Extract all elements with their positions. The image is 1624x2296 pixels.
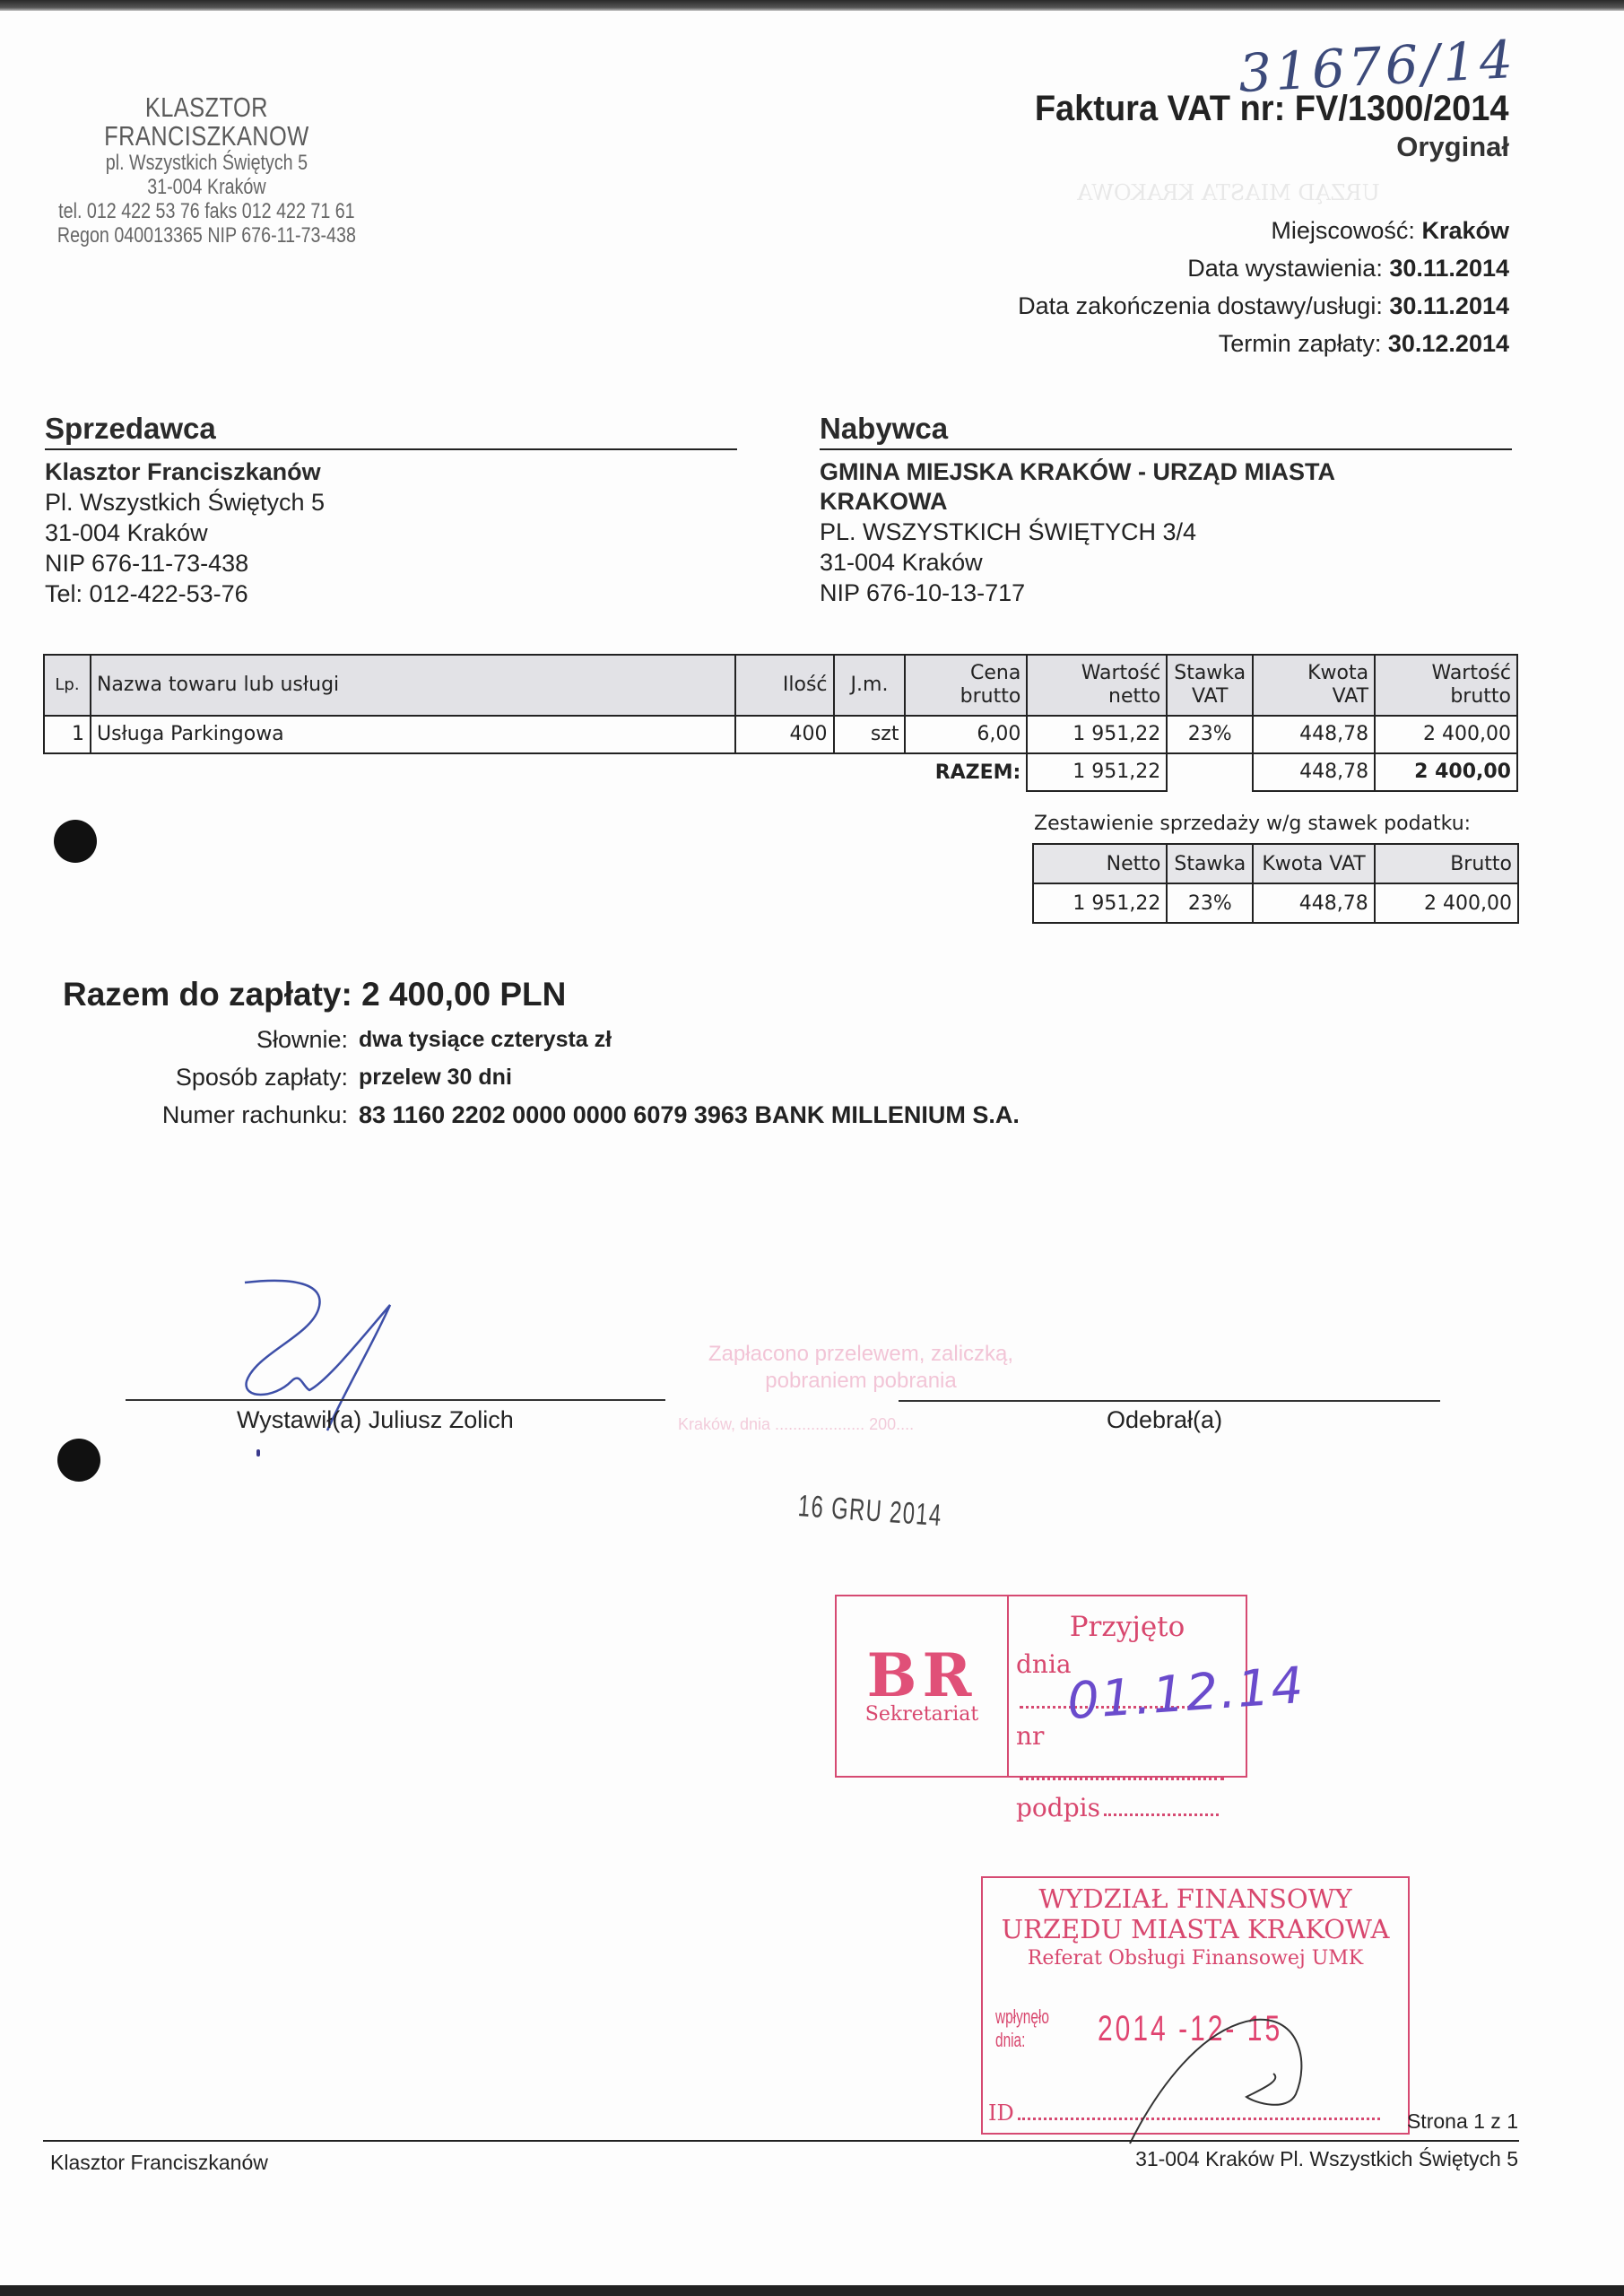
vat-summary-col-rate: Stawka: [1167, 844, 1253, 883]
meta-issue-date: Data wystawienia: 30.11.2014: [1018, 249, 1509, 287]
buyer-section: Nabywca GMINA MIEJSKA KRAKÓW - URZĄD MIA…: [820, 409, 1512, 608]
items-table: Lp. Nazwa towaru lub usługi Ilość J.m. C…: [43, 654, 1518, 792]
issuer-signature-line: [126, 1399, 665, 1401]
table-row: 1 Usługa Parkingowa 400 szt 6,00 1 951,2…: [44, 716, 1517, 753]
col-qty: Ilość: [735, 655, 834, 716]
col-name: Nazwa towaru lub usługi: [91, 655, 735, 716]
footer-rule: [43, 2140, 1519, 2142]
col-unit: J.m.: [834, 655, 906, 716]
amount-in-words: Słownie:dwa tysiące czterysta zł: [63, 1021, 1020, 1058]
ink-speck: [256, 1449, 260, 1457]
seller-name: Klasztor Franciszkanów: [45, 457, 737, 487]
seller-phone: Tel: 012-422-53-76: [45, 578, 737, 609]
buyer-heading: Nabywca: [820, 409, 1512, 450]
table-header-row: Lp. Nazwa towaru lub usługi Ilość J.m. C…: [44, 655, 1517, 716]
totals-gross-value: 2 400,00: [1375, 753, 1517, 791]
bank-account: Numer rachunku:83 1160 2202 0000 0000 60…: [63, 1096, 1020, 1134]
received-date-stamp: 16 GRU 2014: [797, 1489, 943, 1534]
seller-stamp-name: KLASZTOR FRANCISZKANOW: [45, 93, 369, 151]
cell-gross-value: 2 400,00: [1375, 716, 1517, 753]
vat-summary-col-gross: Brutto: [1375, 844, 1518, 883]
br-subtitle: Sekretariat: [865, 1703, 978, 1726]
finance-received-label: wpłynęło dnia:: [995, 2005, 1049, 2052]
buyer-nip: NIP 676-10-13-717: [820, 578, 1512, 608]
amount-due-label: Razem do zapłaty:: [63, 976, 352, 1013]
scan-bottom-edge: [0, 2285, 1624, 2296]
scan-top-edge: [0, 0, 1624, 11]
meta-delivery-date: Data zakończenia dostawy/usługi: 30.11.2…: [1018, 287, 1509, 325]
totals-row: RAZEM: 1 951,22 448,78 2 400,00: [44, 753, 1517, 791]
seller-heading: Sprzedawca: [45, 409, 737, 450]
buyer-address: PL. WSZYSTKICH ŚWIĘTYCH 3/4: [820, 517, 1512, 547]
table-row: 1 951,22 23% 448,78 2 400,00: [1033, 883, 1518, 923]
totals-net-value: 1 951,22: [1027, 753, 1167, 791]
buyer-name: GMINA MIEJSKA KRAKÓW - URZĄD MIASTA KRAK…: [820, 457, 1447, 517]
ghost-stamp-bleedthrough: URZĄD MIASTA KRAKOWA: [1040, 179, 1417, 206]
cell-lp: 1: [44, 716, 91, 753]
amount-due-value: 2 400,00 PLN: [361, 976, 566, 1013]
invoice-meta: Miejscowość: Kraków Data wystawienia: 30…: [1018, 212, 1509, 362]
col-gross-value: Wartośćbrutto: [1375, 655, 1517, 716]
buyer-city: 31-004 Kraków: [820, 547, 1512, 578]
vat-summary-header: Netto Stawka Kwota VAT Brutto: [1033, 844, 1518, 883]
amount-due: Razem do zapłaty: 2 400,00 PLN: [63, 976, 566, 1013]
cell-vat-rate: 23%: [1167, 716, 1253, 753]
vat-summary-table: Netto Stawka Kwota VAT Brutto 1 951,22 2…: [1032, 843, 1519, 924]
meta-place: Miejscowość: Kraków: [1018, 212, 1509, 249]
payment-details: Słownie:dwa tysiące czterysta zł Sposób …: [63, 1021, 1020, 1134]
seller-address: Pl. Wszystkich Świętych 5: [45, 487, 737, 517]
totals-label: RAZEM:: [44, 753, 1027, 791]
seller-stamp-line: 31-004 Kraków: [45, 175, 369, 199]
receiver-signature-line: [899, 1400, 1440, 1402]
footer-address: 31-004 Kraków Pl. Wszystkich Świętych 5: [1135, 2147, 1518, 2171]
cell-unit: szt: [834, 716, 906, 753]
br-nr-row: nr: [1016, 1718, 1238, 1790]
col-vat-amount: KwotaVAT: [1253, 655, 1375, 716]
invoice-title: Faktura VAT nr: FV/1300/2014: [1035, 88, 1509, 129]
col-price-gross: Cenabrutto: [905, 655, 1027, 716]
br-heading: Przyjęto: [1016, 1609, 1238, 1645]
invoice-header: Faktura VAT nr: FV/1300/2014 Oryginał: [1010, 88, 1509, 165]
seller-stamp-line: Regon 040013365 NIP 676-11-73-438: [45, 223, 369, 248]
received-by-label: Odebrał(a): [1107, 1406, 1222, 1434]
footer-company: Klasztor Franciszkanów: [50, 2151, 268, 2175]
cell-price-gross: 6,00: [905, 716, 1027, 753]
seller-city: 31-004 Kraków: [45, 517, 737, 548]
col-vat-rate: StawkaVAT: [1167, 655, 1253, 716]
seller-nip: NIP 676-11-73-438: [45, 548, 737, 578]
br-logo: BR: [867, 1648, 977, 1703]
vat-summary-caption: Zestawienie sprzedaży w/g stawek podatku…: [1034, 813, 1471, 835]
faint-payment-stamp-date: Kraków, dnia .................... 200...…: [678, 1415, 914, 1434]
totals-vat-amount: 448,78: [1253, 753, 1375, 791]
br-sign-row: podpis: [1016, 1790, 1238, 1826]
seller-stamp-line: pl. Wszystkich Świętych 5: [45, 151, 369, 175]
seller-rubber-stamp: KLASZTOR FRANCISZKANOW pl. Wszystkich Św…: [45, 93, 369, 248]
invoice-copy-type: Oryginał: [1010, 129, 1509, 165]
cell-vat-amount: 448,78: [1253, 716, 1375, 753]
payment-method: Sposób zapłaty:przelew 30 dni: [63, 1058, 1020, 1096]
cell-net-value: 1 951,22: [1027, 716, 1167, 753]
vat-summary-col-vat: Kwota VAT: [1253, 844, 1374, 883]
page-number: Strona 1 z 1: [1407, 2109, 1518, 2134]
vat-summary-col-net: Netto: [1033, 844, 1167, 883]
punch-hole: [54, 820, 97, 863]
col-net-value: Wartośćnetto: [1027, 655, 1167, 716]
seller-stamp-line: tel. 012 422 53 76 faks 012 422 71 61: [45, 199, 369, 223]
faint-payment-stamp: Zapłacono przelewem, zaliczką, pobraniem…: [673, 1341, 1049, 1395]
cell-qty: 400: [735, 716, 834, 753]
punch-hole: [57, 1439, 100, 1482]
col-lp: Lp.: [44, 655, 91, 716]
meta-due-date: Termin zapłaty: 30.12.2014: [1018, 325, 1509, 362]
finance-signature-scribble: [1121, 2009, 1318, 2152]
cell-name: Usługa Parkingowa: [91, 716, 735, 753]
issued-by-label: Wystawił(a) Juliusz Zolich: [237, 1406, 514, 1434]
seller-section: Sprzedawca Klasztor Franciszkanów Pl. Ws…: [45, 409, 737, 609]
